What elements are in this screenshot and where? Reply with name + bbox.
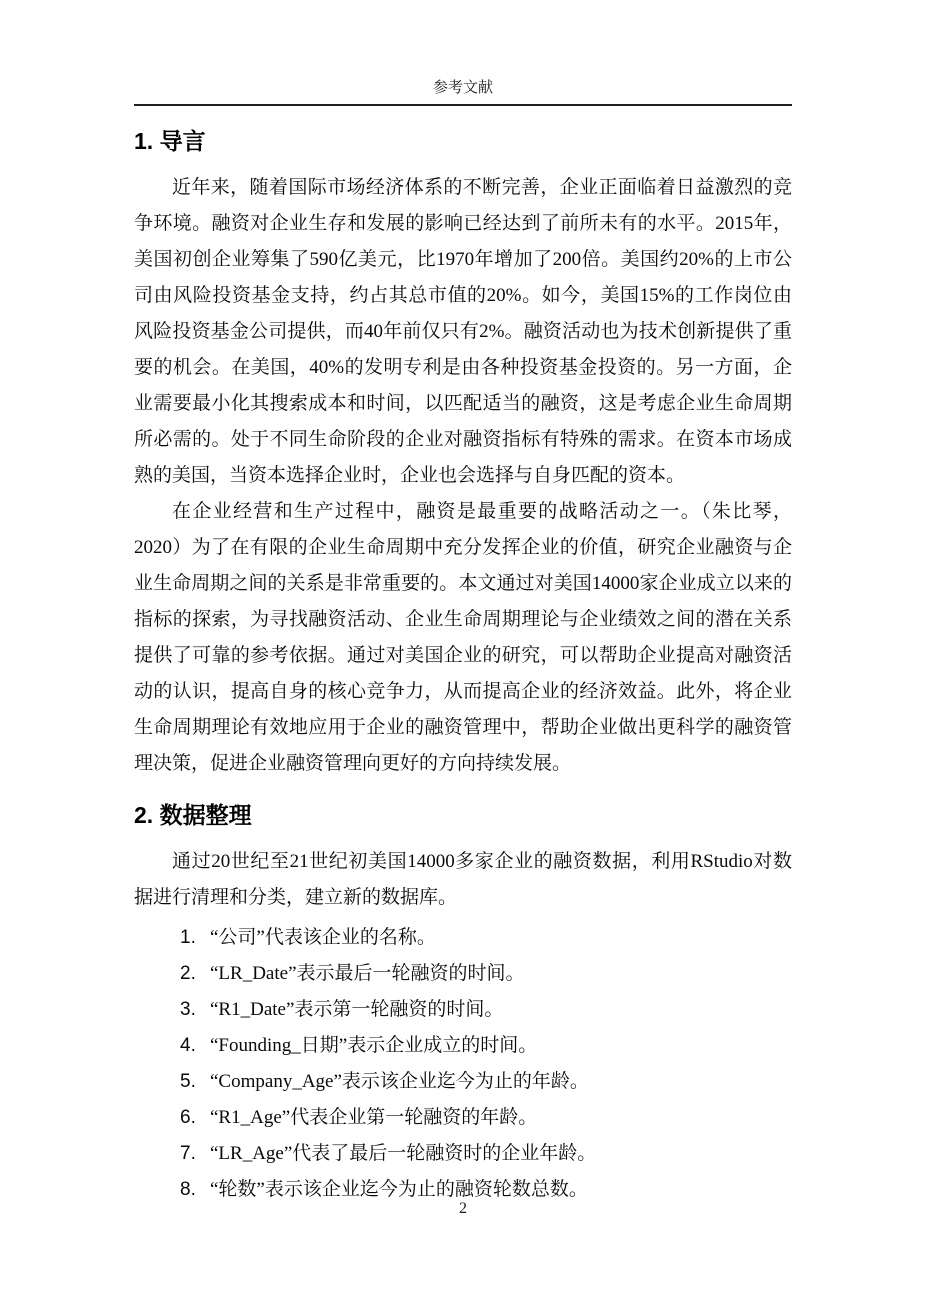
section-2-heading: 2. 数据整理 [134,800,792,830]
list-item: 7. “LR_Age”代表了最后一轮融资时的企业年龄。 [134,1136,792,1172]
list-item: 1. “公司”代表该企业的名称。 [134,920,792,956]
running-header: 参考文献 [134,80,792,106]
list-item-text: “LR_Age”代表了最后一轮融资时的企业年龄。 [210,1136,792,1172]
section-1-heading: 1. 导言 [134,126,792,156]
list-item: 3. “R1_Date”表示第一轮融资的时间。 [134,992,792,1028]
section-1-paragraph-2: 在企业经营和生产过程中，融资是最重要的战略活动之一。（朱比琴，2020）为了在有… [134,494,792,782]
list-item-number: 1. [180,920,210,956]
list-item: 4. “Founding_日期”表示企业成立的时间。 [134,1028,792,1064]
list-item-number: 3. [180,992,210,1028]
list-item-number: 4. [180,1028,210,1064]
section-1-paragraph-1: 近年来，随着国际市场经济体系的不断完善，企业正面临着日益激烈的竞争环境。融资对企… [134,170,792,494]
list-item-text: “LR_Date”表示最后一轮融资的时间。 [210,956,792,992]
section-2-intro-paragraph: 通过20世纪至21世纪初美国14000多家企业的融资数据，利用RStudio对数… [134,844,792,916]
field-definition-list: 1. “公司”代表该企业的名称。 2. “LR_Date”表示最后一轮融资的时间… [134,920,792,1208]
page-number: 2 [0,1200,926,1218]
list-item-text: “Company_Age”表示该企业迄今为止的年龄。 [210,1064,792,1100]
list-item: 6. “R1_Age”代表企业第一轮融资的年龄。 [134,1100,792,1136]
list-item-text: “Founding_日期”表示企业成立的时间。 [210,1028,792,1064]
list-item-text: “R1_Age”代表企业第一轮融资的年龄。 [210,1100,792,1136]
list-item-number: 7. [180,1136,210,1172]
list-item: 5. “Company_Age”表示该企业迄今为止的年龄。 [134,1064,792,1100]
list-item-number: 2. [180,956,210,992]
list-item-text: “R1_Date”表示第一轮融资的时间。 [210,992,792,1028]
list-item-number: 6. [180,1100,210,1136]
list-item: 2. “LR_Date”表示最后一轮融资的时间。 [134,956,792,992]
list-item-number: 5. [180,1064,210,1100]
list-item-text: “公司”代表该企业的名称。 [210,920,792,956]
document-page: 参考文献 1. 导言 近年来，随着国际市场经济体系的不断完善，企业正面临着日益激… [0,0,926,1309]
